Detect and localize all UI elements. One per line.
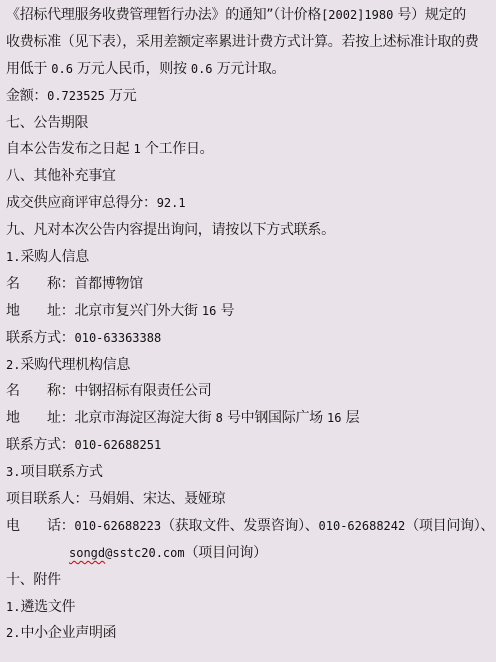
field-label: 联系方式： xyxy=(6,330,75,346)
project-phone-2: 010-62688242 xyxy=(319,519,406,533)
agency-info-title: 采购代理机构信息 xyxy=(20,357,130,373)
field-label: 地 xyxy=(6,405,47,432)
list-number: 2. xyxy=(6,626,20,640)
attachment-label: 遴选文件 xyxy=(20,599,75,615)
project-email-line: songd@sstc20.com（项目问询） xyxy=(6,540,496,567)
field-label: 联系方式： xyxy=(6,437,75,453)
section-10-heading: 十、附件 xyxy=(6,567,496,594)
project-contact-heading: 3.项目联系方式 xyxy=(6,459,496,486)
score-value: 92.1 xyxy=(157,196,186,210)
purchaser-phone: 010-63363388 xyxy=(75,331,162,345)
attachment-item[interactable]: 2.中小企业声明函 xyxy=(6,620,496,647)
field-label: 电 xyxy=(6,513,47,540)
agency-name-line: 名称：中钢招标有限责任公司 xyxy=(6,378,496,405)
fee-basis-line-1: 《招标代理服务收费管理暂行办法》的通知”（计价格[2002]1980 号）规定的 xyxy=(6,2,496,29)
purchaser-address: 号 xyxy=(216,303,234,319)
fee-basis-text: 《招标代理服务收费管理暂行办法》的通知”（计价格 xyxy=(6,7,321,23)
agency-address-line: 地址：北京市海淀区海淀大街 8 号中钢国际广场 16 层 xyxy=(6,405,496,432)
field-label: 名 xyxy=(6,378,47,405)
field-label: 址： xyxy=(47,405,74,432)
agency-phone: 010-62688251 xyxy=(75,438,162,452)
list-number: 3. xyxy=(6,465,20,479)
amount-label: 金额： xyxy=(6,88,47,104)
project-contact-title: 项目联系方式 xyxy=(20,464,102,480)
fee-basis-text-tail: 号）规定的 xyxy=(393,7,466,23)
agency-address: 北京市海淀区海淀大街 xyxy=(74,410,215,426)
field-label: 项目联系人： xyxy=(6,491,88,507)
project-contact-person-line: 项目联系人：马娟娟、宋达、聂娅琼 xyxy=(6,486,496,513)
purchaser-contact-line: 联系方式：010-63363388 xyxy=(6,325,496,352)
price-regulation-code: [2002]1980 xyxy=(321,8,393,22)
purchaser-name: 首都博物馆 xyxy=(74,276,143,292)
project-phone-1: 010-62688223 xyxy=(74,519,161,533)
score-label: 成交供应商评审总得分： xyxy=(6,195,157,211)
field-label: 称： xyxy=(47,271,74,298)
period-text: 自本公告发布之日起 xyxy=(6,141,133,157)
supplier-score-line: 成交供应商评审总得分：92.1 xyxy=(6,190,496,217)
project-contact-persons: 马娟娟、宋达、聂娅琼 xyxy=(88,491,225,507)
project-phone-1-note: （获取文件、发票咨询）、 xyxy=(161,518,318,534)
field-label: 称： xyxy=(47,378,74,405)
agency-address-number: 8 xyxy=(216,411,223,425)
agency-name: 中钢招标有限责任公司 xyxy=(74,383,211,399)
fee-basis-line-3: 用低于 0.6 万元人民币，则按 0.6 万元计取。 xyxy=(6,56,496,83)
agency-info-heading: 2.采购代理机构信息 xyxy=(6,352,496,379)
purchaser-address: 北京市复兴门外大街 xyxy=(74,303,201,319)
fee-min-value: 0.6 xyxy=(51,62,73,76)
fee-basis-line-2: 收费标准（见下表），采用差额定率累进计费方式计算。若按上述标准计取的费 xyxy=(6,29,496,56)
amount-unit: 万元 xyxy=(105,88,137,104)
project-email-note: （项目问询） xyxy=(185,545,267,561)
list-number: 2. xyxy=(6,358,20,372)
field-label: 地 xyxy=(6,298,47,325)
agency-address-floor: 16 xyxy=(327,411,341,425)
purchaser-address-line: 地址：北京市复兴门外大街 16 号 xyxy=(6,298,496,325)
agency-contact-line: 联系方式：010-62688251 xyxy=(6,432,496,459)
amount-value: 0.723525 xyxy=(47,89,105,103)
period-text: 个工作日。 xyxy=(141,141,214,157)
project-phone-2-note: （项目问询）、 xyxy=(405,518,494,534)
purchaser-address-number: 16 xyxy=(202,304,216,318)
announcement-document: 《招标代理服务收费管理暂行办法》的通知”（计价格[2002]1980 号）规定的… xyxy=(0,0,496,647)
field-label: 名 xyxy=(6,271,47,298)
section-7-heading: 七、公告期限 xyxy=(6,110,496,137)
fee-min-text: 万元人民币，则按 xyxy=(73,61,191,77)
purchaser-info-heading: 1.采购人信息 xyxy=(6,244,496,271)
announcement-period-line: 自本公告发布之日起 1 个工作日。 xyxy=(6,136,496,163)
attachment-label: 中小企业声明函 xyxy=(20,625,116,641)
list-number: 1. xyxy=(6,250,20,264)
purchaser-name-line: 名称：首都博物馆 xyxy=(6,271,496,298)
fee-basis-text: 收费标准（见下表），采用差额定率累进计费方式计算。若按上述标准计取的费 xyxy=(6,34,479,50)
project-email-domain: @sstc20.com xyxy=(105,546,184,560)
field-label: 话： xyxy=(47,513,74,540)
fee-min-text: 万元计取。 xyxy=(213,61,286,77)
fee-min-text: 用低于 xyxy=(6,61,51,77)
fee-amount-line: 金额：0.723525 万元 xyxy=(6,83,496,110)
section-9-heading: 九、凡对本次公告内容提出询问，请按以下方式联系。 xyxy=(6,217,496,244)
agency-address: 层 xyxy=(341,410,359,426)
field-label: 址： xyxy=(47,298,74,325)
email-user-misspelled[interactable]: songd xyxy=(69,546,105,560)
fee-min-value: 0.6 xyxy=(191,62,213,76)
list-number: 1. xyxy=(6,600,20,614)
purchaser-info-title: 采购人信息 xyxy=(20,249,89,265)
attachment-item[interactable]: 1.遴选文件 xyxy=(6,594,496,621)
period-days: 1 xyxy=(133,142,140,156)
section-8-heading: 八、其他补充事宜 xyxy=(6,163,496,190)
project-phone-line: 电话：010-62688223（获取文件、发票咨询）、010-62688242（… xyxy=(6,513,496,540)
agency-address: 号中钢国际广场 xyxy=(223,410,327,426)
